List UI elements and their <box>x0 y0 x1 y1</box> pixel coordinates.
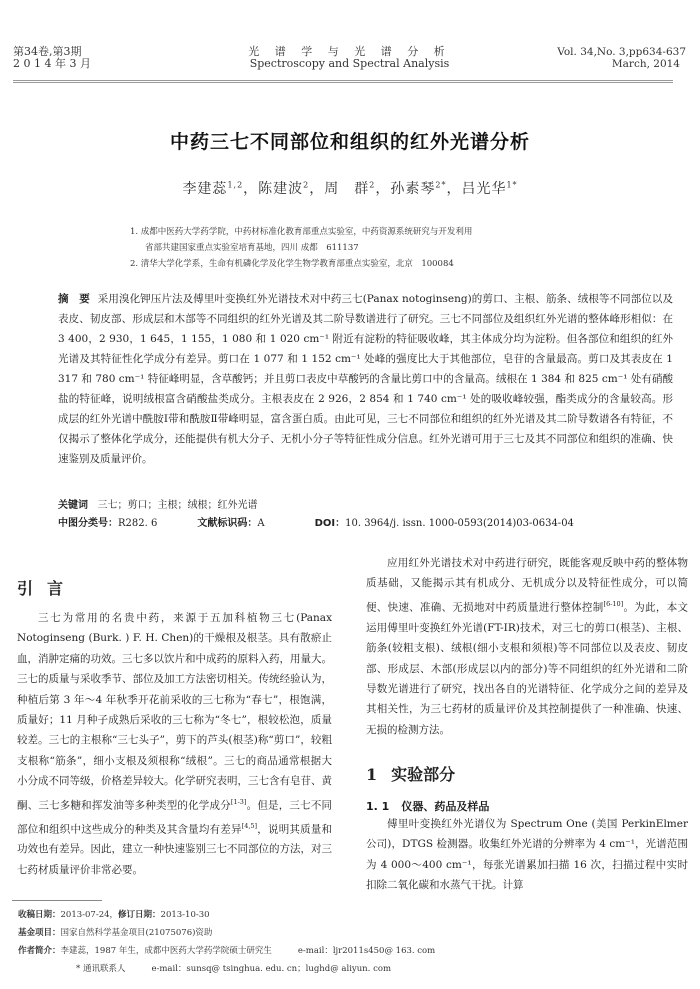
doc-code-value: A <box>257 518 264 529</box>
intro-paragraph: 三七为常用的名贵中药，来源于五加科植物三七(Panax Notoginseng … <box>17 608 332 880</box>
keywords: 关键词 三七；剪口；主根；绒根；红外光谱 <box>58 497 258 515</box>
citation-ref[interactable]: [4,5] <box>242 822 257 830</box>
affiliation-1-cont: 省部共建国家重点实验室培育基地，四川 成都 611137 <box>145 240 605 256</box>
volume-pages: Vol. 34,No. 3,pp634-637 <box>557 46 686 58</box>
author-affil-sup: 2 <box>369 180 375 189</box>
dates-line: 收稿日期：2013-07-24，修订日期：2013-10-30 <box>18 906 678 924</box>
correspondence-label: * 通讯联系人 <box>76 964 125 974</box>
author-email[interactable]: e-mail：ljr2011s450@ 163. com <box>298 946 435 956</box>
received-date: 2013-07-24， <box>61 910 119 920</box>
intro-column: 三七为常用的名贵中药，来源于五加科植物三七(Panax Notoginseng … <box>17 608 332 880</box>
revised-date: 2013-10-30 <box>161 910 210 920</box>
footnote-divider <box>12 900 102 901</box>
citation-ref[interactable]: [1-3] <box>231 798 247 806</box>
header-divider <box>13 80 673 83</box>
subsection-1-1-heading: 1. 1仪器、药品及样品 <box>366 798 489 814</box>
author-name: 周 群 <box>324 181 369 197</box>
running-header: 第34卷,第3期 2 0 1 4 年 3 月 光 谱 学 与 光 谱 分 析 S… <box>13 46 686 76</box>
doc-code-label: 文献标识码： <box>197 518 257 529</box>
author-name: 陈建波 <box>258 181 303 197</box>
author-name: 孙素琴 <box>390 181 435 197</box>
received-label: 收稿日期： <box>18 910 61 920</box>
correspondence-line: * 通讯联系人e-mail：sunsq@ tsinghua. edu. cn；l… <box>18 960 678 978</box>
correspondence-email[interactable]: e-mail：sunsq@ tsinghua. edu. cn；lughd@ a… <box>151 964 391 974</box>
doi-value[interactable]: 10. 3964/j. issn. 1000-0593(2014)03-0634… <box>345 518 574 529</box>
abstract: 摘 要采用溴化钾压片法及傅里叶变换红外光谱技术对中药三七(Panax notog… <box>58 289 673 469</box>
revised-label: 修订日期： <box>118 910 161 920</box>
date-en: March, 2014 <box>557 58 686 70</box>
section-title: 实验部分 <box>391 765 455 784</box>
author-name: 李建蕊 <box>182 181 227 197</box>
paper-title: 中药三七不同部位和组织的红外光谱分析 <box>0 127 700 154</box>
keywords-label: 关键词 <box>58 500 88 511</box>
author-affil-sup: 1* <box>506 180 517 189</box>
intro-heading: 引言 <box>17 576 77 599</box>
footnotes: 收稿日期：2013-07-24，修订日期：2013-10-30 基金项目：国家自… <box>18 906 678 978</box>
fund-line: 基金项目：国家自然科学基金项目(21075076)资助 <box>18 924 678 942</box>
keywords-text: 三七；剪口；主根；绒根；红外光谱 <box>98 500 258 511</box>
classification-line: 中图分类号：R282. 6文献标识码：ADOI：10. 3964/j. issn… <box>58 515 678 533</box>
section-1-heading: 1实验部分 <box>366 762 455 785</box>
header-right: Vol. 34,No. 3,pp634-637 March, 2014 <box>557 46 686 70</box>
author-affil-sup: 1,2 <box>227 180 243 189</box>
right-paragraph: 应用红外光谱技术对中药进行研究，既能客观反映中药的整体物质基础，又能揭示其有机成… <box>366 553 688 740</box>
fund-text: 国家自然科学基金项目(21075076)资助 <box>61 928 213 938</box>
doi-label: DOI： <box>315 518 346 529</box>
citation-ref[interactable]: [6-10] <box>604 600 624 608</box>
author-affil-sup: 2* <box>435 180 446 189</box>
author-list: 李建蕊1,2，陈建波2，周 群2，孙素琴2*，吕光华1* <box>0 178 700 198</box>
subsection-number: 1. 1 <box>366 800 389 813</box>
author-name: 吕光华 <box>461 181 506 197</box>
subsection-title: 仪器、药品及样品 <box>401 800 489 813</box>
abstract-label: 摘 要 <box>58 293 90 305</box>
abstract-text: 采用溴化钾压片法及傅里叶变换红外光谱技术对中药三七(Panax notogins… <box>58 293 673 465</box>
clc-label: 中图分类号： <box>58 518 118 529</box>
right-text-b: 。为此，本文运用傅里叶变换红外光谱(FT-IR)技术，对三七的剪口(根茎)、主根… <box>366 601 688 735</box>
subsection-1-1-body: 傅里叶变换红外光谱仪为 Spectrum One (美国 PerkinElmer… <box>366 814 688 896</box>
section-number: 1 <box>366 765 377 784</box>
author-bio-label: 作者简介： <box>18 946 61 956</box>
clc-value: R282. 6 <box>118 518 157 529</box>
affiliation-2: 2. 清华大学化学系，生命有机磷化学及化学生物学教育部重点实验室，北京 1000… <box>130 256 590 272</box>
intro-text: 三七为常用的名贵中药，来源于五加科植物三七(Panax Notoginseng … <box>17 612 332 811</box>
author-bio-text: 李建蕊，1987 年生，成都中医药大学药学院硕士研究生 <box>61 946 272 956</box>
author-affil-sup: 2 <box>303 180 309 189</box>
author-bio-line: 作者简介：李建蕊，1987 年生，成都中医药大学药学院硕士研究生e-mail：l… <box>18 942 678 960</box>
affiliation-1: 1. 成都中医药大学药学院，中药材标准化教育部重点实验室，中药资源系统研究与开发… <box>130 224 590 240</box>
fund-label: 基金项目： <box>18 928 61 938</box>
right-column: 应用红外光谱技术对中药进行研究，既能客观反映中药的整体物质基础，又能揭示其有机成… <box>366 553 688 740</box>
instrument-paragraph: 傅里叶变换红外光谱仪为 Spectrum One (美国 PerkinElmer… <box>366 814 688 896</box>
